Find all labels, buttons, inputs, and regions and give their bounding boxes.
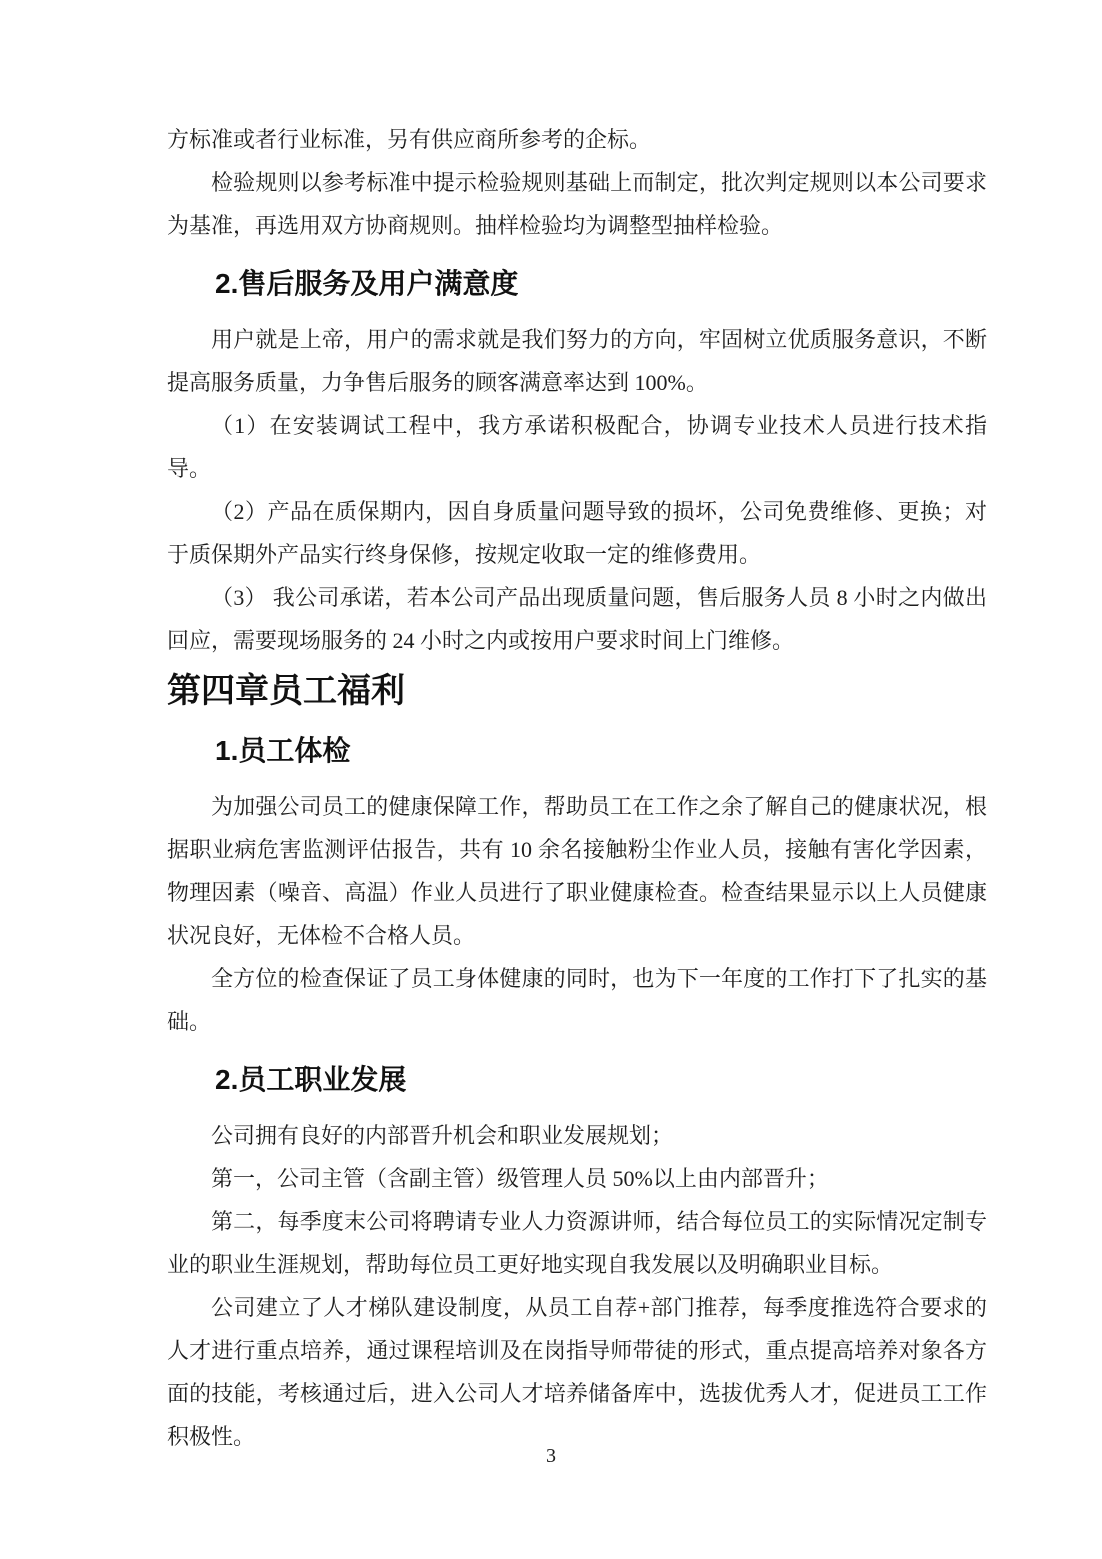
paragraph: 公司建立了人才梯队建设制度，从员工自荐+部门推荐，每季度推选符合要求的人才进行重… (167, 1286, 987, 1458)
chapter-heading-employee-welfare: 第四章员工福利 (167, 668, 987, 714)
paragraph: 全方位的检查保证了员工身体健康的同时，也为下一年度的工作打下了扎实的基础。 (167, 957, 987, 1043)
list-item-1: （1）在安装调试工程中，我方承诺积极配合，协调专业技术人员进行技术指导。 (167, 404, 987, 490)
paragraph: 第一，公司主管（含副主管）级管理人员 50%以上由内部晋升； (167, 1157, 987, 1200)
paragraph: 公司拥有良好的内部晋升机会和职业发展规划； (167, 1114, 987, 1157)
document-body: 方标准或者行业标准，另有供应商所参考的企标。 检验规则以参考标准中提示检验规则基… (167, 118, 987, 1458)
section-heading-career-development: 2.员工职业发展 (167, 1060, 987, 1100)
section-heading-employee-physical-exam: 1.员工体检 (167, 731, 987, 771)
list-item-2: （2）产品在质保期内，因自身质量问题导致的损坏，公司免费维修、更换；对于质保期外… (167, 490, 987, 576)
paragraph: 方标准或者行业标准，另有供应商所参考的企标。 (167, 118, 987, 161)
paragraph: 检验规则以参考标准中提示检验规则基础上而制定，批次判定规则以本公司要求为基准，再… (167, 161, 987, 247)
paragraph: 第二，每季度末公司将聘请专业人力资源讲师，结合每位员工的实际情况定制专业的职业生… (167, 1200, 987, 1286)
section-heading-after-sales-service: 2.售后服务及用户满意度 (167, 264, 987, 304)
paragraph: 用户就是上帝，用户的需求就是我们努力的方向，牢固树立优质服务意识，不断提高服务质… (167, 318, 987, 404)
paragraph: 为加强公司员工的健康保障工作，帮助员工在工作之余了解自己的健康状况，根据职业病危… (167, 785, 987, 957)
page-number: 3 (0, 1441, 1102, 1471)
document-page: 方标准或者行业标准，另有供应商所参考的企标。 检验规则以参考标准中提示检验规则基… (0, 0, 1102, 1559)
list-item-3: （3） 我公司承诺，若本公司产品出现质量问题，售后服务人员 8 小时之内做出回应… (167, 576, 987, 662)
